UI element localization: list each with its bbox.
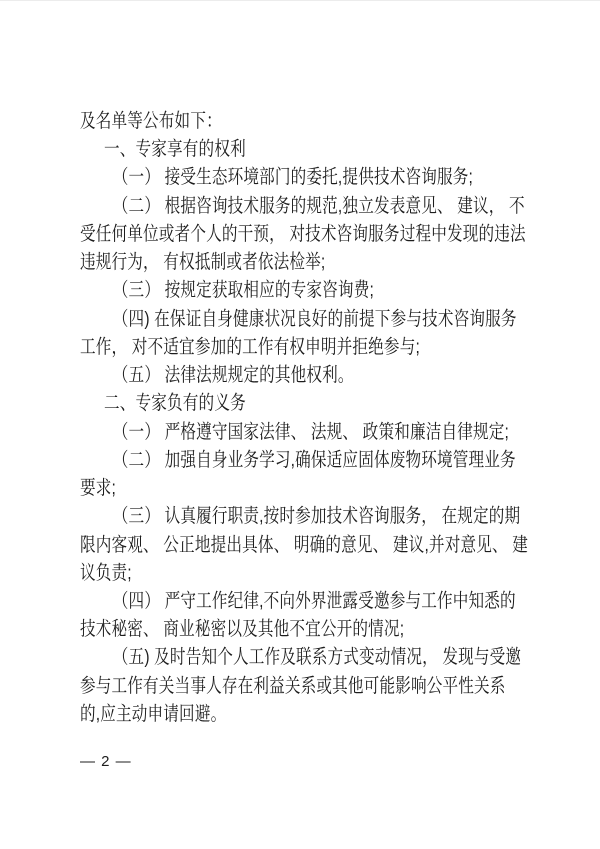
text-line: 参与工作有关当事人存在利益关系或其他可能影响公平性关系 [80,672,448,700]
text-line: 技术秘密、 商业秘密以及其他不宜公开的情况; [80,615,448,643]
section-heading-1: 一、专家享有的权利 [80,135,448,163]
text-line: 及名单等公布如下： [80,107,448,135]
paragraph-line: （一） 接受生态环境部门的委托,提供技术咨询服务; [80,163,448,191]
text-line: 的,应主动申请回避。 [80,700,448,728]
text-line: 要求; [80,474,448,502]
text-line: 议负责; [80,559,448,587]
section-heading-2: 二、专家负有的义务 [80,389,448,417]
paragraph-line: （一） 严格遵守国家法律、 法规、 政策和廉洁自律规定; [80,418,448,446]
paragraph-line: （二） 加强自身业务学习,确保适应固体废物环境管理业务 [80,446,448,474]
document-body: 及名单等公布如下： 一、专家享有的权利 （一） 接受生态环境部门的委托,提供技术… [80,107,540,728]
text-line: 违规行为， 有权抵制或者依法检举; [80,248,448,276]
paragraph-line: （四） 严守工作纪律,不向外界泄露受邀参与工作中知悉的 [80,587,448,615]
text-line: 工作， 对不适宜参加的工作有权申明并拒绝参与; [80,333,448,361]
document-page: 及名单等公布如下： 一、专家享有的权利 （一） 接受生态环境部门的委托,提供技术… [0,0,600,849]
page-number: — 2 — [80,751,132,773]
paragraph-line: （五） 法律法规规定的其他权利。 [80,361,448,389]
paragraph-line: （五) 及时告知个人工作及联系方式变动情况， 发现与受邀 [80,643,448,671]
paragraph-line: （三） 认真履行职责,按时参加技术咨询服务， 在规定的期 [80,502,448,530]
text-line: 限内客观、 公正地提出具体、 明确的意见、 建议,并对意见、 建 [80,531,448,559]
text-line: 受任何单位或者个人的干预， 对技术咨询服务过程中发现的违法 [80,220,448,248]
paragraph-line: （二） 根据咨询技术服务的规范,独立发表意见、 建议， 不 [80,192,448,220]
paragraph-line: （四) 在保证自身健康状况良好的前提下参与技术咨询服务 [80,305,448,333]
paragraph-line: （三） 按规定获取相应的专家咨询费; [80,276,448,304]
